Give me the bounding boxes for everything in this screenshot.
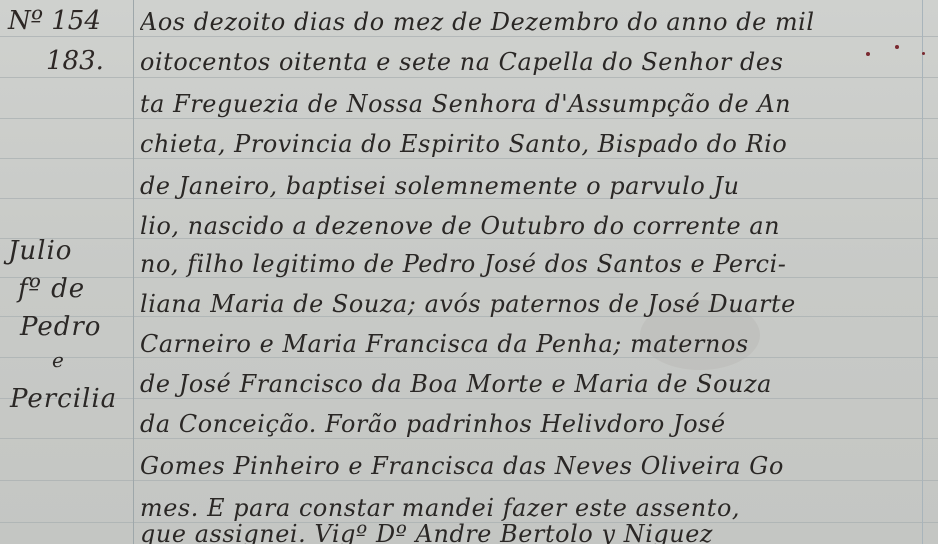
record-text-line: de Janeiro, baptisei solemnemente o parv… <box>140 172 915 200</box>
ruled-line <box>0 77 938 78</box>
record-text-line: ta Freguezia de Nossa Senhora d'Assumpçã… <box>140 90 915 118</box>
ruled-line <box>0 398 938 399</box>
record-text-line: da Conceição. Forão padrinhos Helivdoro … <box>140 410 915 438</box>
left-margin-rule <box>133 0 134 544</box>
ruled-line <box>0 36 938 37</box>
record-text-line: chieta, Provincia do Espirito Santo, Bis… <box>140 130 915 158</box>
margin-note-line: Pedro <box>20 312 101 342</box>
record-text-line: liana Maria de Souza; avós paternos de J… <box>140 290 915 318</box>
record-text-line: oitocentos oitenta e sete na Capella do … <box>140 48 915 76</box>
manuscript-page: Nº 154 183. Julio fº de Pedro e Percilia… <box>0 0 938 544</box>
margin-note-line: fº de <box>18 274 85 304</box>
record-text-line: de José Francisco da Boa Morte e Maria d… <box>140 370 915 398</box>
ruled-line <box>0 118 938 119</box>
margin-note-line: Julio <box>8 236 72 266</box>
margin-note-line: e <box>52 348 65 372</box>
record-text-line: que assignei. Vigº Dº Andre Bertolo y Ni… <box>140 520 915 544</box>
record-text-line: lio, nascido a dezenove de Outubro do co… <box>140 212 915 240</box>
ruled-line <box>0 480 938 481</box>
record-text-line: Aos dezoito dias do mez de Dezembro do a… <box>140 8 915 36</box>
ruled-line <box>0 438 938 439</box>
record-text-line: Carneiro e Maria Francisca da Penha; mat… <box>140 330 915 358</box>
ruled-line <box>0 158 938 159</box>
right-margin-rule <box>922 0 923 544</box>
record-number: Nº 154 <box>8 6 101 36</box>
margin-note-line: Percilia <box>10 384 117 414</box>
record-text-line: no, filho legitimo de Pedro José dos San… <box>140 250 915 278</box>
record-text-line: Gomes Pinheiro e Francisca das Neves Oli… <box>140 452 915 480</box>
page-reference: 183. <box>46 46 104 76</box>
record-text-line: mes. E para constar mandei fazer este as… <box>140 494 915 522</box>
ink-dot <box>922 52 925 55</box>
